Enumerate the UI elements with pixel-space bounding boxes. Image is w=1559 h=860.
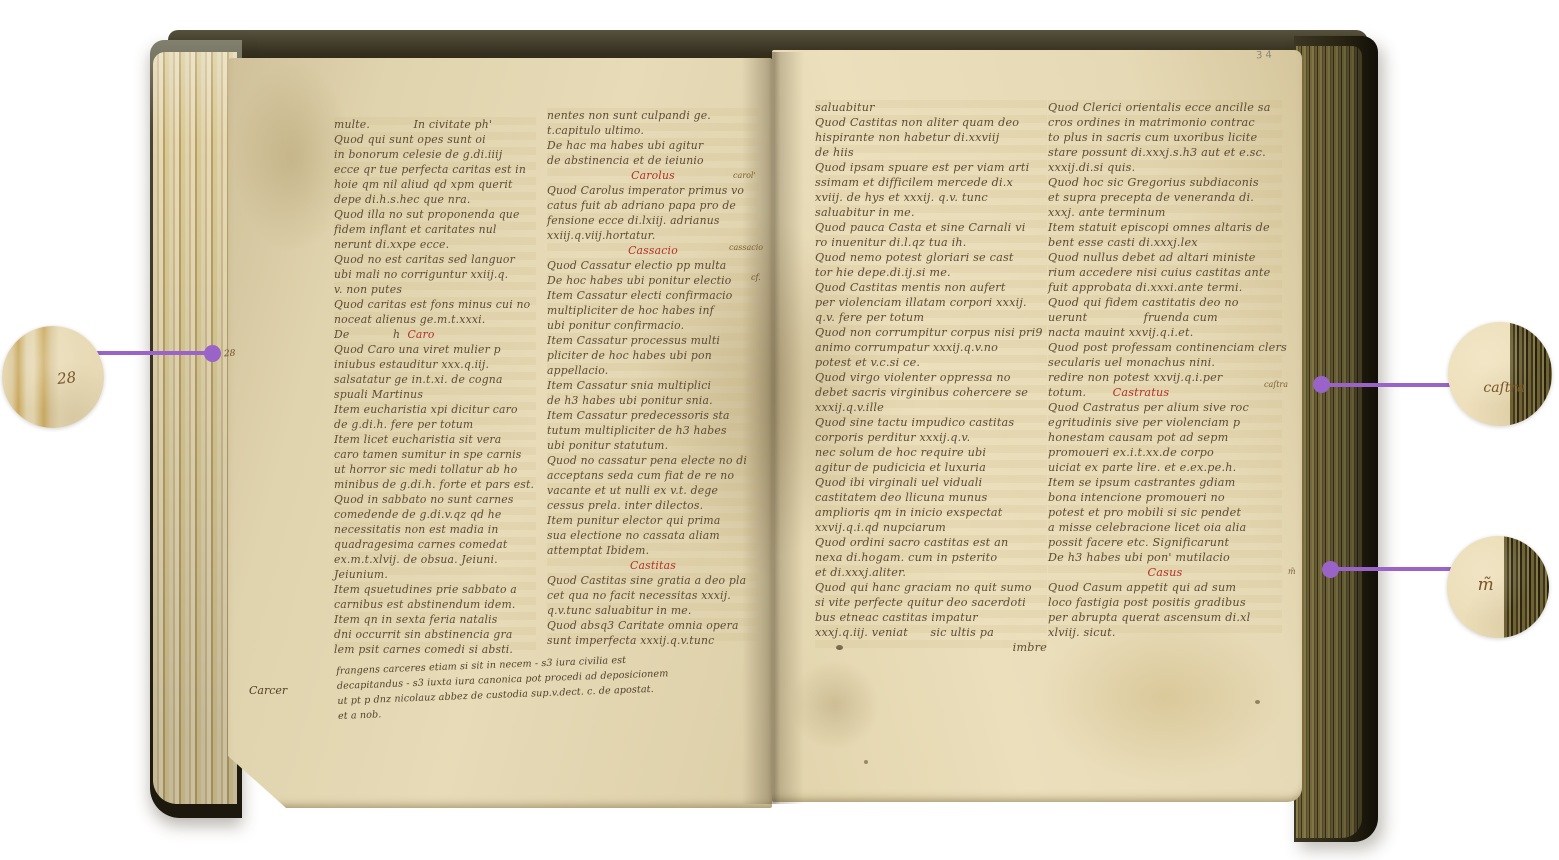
text-line: Quod Castitas sine gratia a deo pla (547, 573, 759, 588)
magnified-mark-label: caſtra (1483, 380, 1525, 396)
text-line: Quod post professam continenciam clers (1048, 340, 1282, 355)
text-line: tutum multipliciter de h3 habes (547, 423, 759, 438)
text-line: per violenciam illatam corpori xxxij. (815, 295, 1047, 310)
text-line: saluabitur in me. (815, 205, 1047, 220)
text-line: xlviij. sicut. (1048, 625, 1282, 640)
text-line: per abrupta querat ascensum di.xl (1048, 610, 1282, 625)
text-line: ecce qr tue perfecta caritas est in (334, 162, 536, 177)
text-line: imbre (815, 640, 1047, 655)
text-line: Jeiunium. (334, 567, 536, 582)
text-line: De h Caro (334, 327, 536, 342)
text-line: stare possunt di.xxxj.s.h3 aut et e.sc. (1048, 145, 1282, 160)
text-line: minibus de g.di.h. forte et pars est. (334, 477, 536, 492)
text-line: de abstinencia et de ieiunio (547, 153, 759, 168)
text-line: Quod qui hanc graciam no quit sumo (815, 580, 1047, 595)
text-line: Quod sine tactu impudico castitas (815, 415, 1047, 430)
text-line: xxxj. ante terminum (1048, 205, 1282, 220)
text-line: Item statuit episcopi omnes altaris de (1048, 220, 1282, 235)
left-page-column-1: multe. In civitate ph'Quod qui sunt opes… (334, 117, 536, 657)
annotation-dot-left[interactable] (204, 345, 221, 362)
rubric-heading: Caro (407, 328, 434, 341)
annotation-dot-right-top[interactable] (1313, 376, 1330, 393)
text-line: ut horror sic medi tollatur ab ho (334, 462, 536, 477)
text-line: Quod nullus debet ad altari ministe (1048, 250, 1282, 265)
text-line: appellacio. (547, 363, 759, 378)
text-line: nacta mauint xxvij.q.i.et. (1048, 325, 1282, 340)
text-line: agitur de pudicicia et luxuria (815, 460, 1047, 475)
right-page-column-1: saluabiturQuod Castitas non aliter quam … (815, 100, 1047, 655)
text-line: Quod absq3 Caritate omnia opera (547, 618, 759, 633)
text-line: tor hie depe.di.ij.si me. (815, 265, 1047, 280)
text-line: Quod Casum appetit qui ad sum (1048, 580, 1282, 595)
text-line: De hac ma habes ubi agitur (547, 138, 759, 153)
text-line: Quod no est caritas sed languor (334, 252, 536, 267)
text-line: xxxij.q.v.ille (815, 400, 1047, 415)
text-line: comedende de g.di.v.qz qd he (334, 507, 536, 522)
text-line: Item eucharistia xpi dicitur caro (334, 402, 536, 417)
text-line: vacante et ut nulli ex v.t. dege (547, 483, 759, 498)
text-line: Quod no cassatur pena electe no di (547, 453, 759, 468)
text-line: Quod Clerici orientalis ecce ancille sa (1048, 100, 1282, 115)
text-line: Quod qui sunt opes sunt oi (334, 132, 536, 147)
text-line: ubi ponitur statutum. (547, 438, 759, 453)
text-line: rium accedere nisi cuius castitas ante (1048, 265, 1282, 280)
text-line: Quod Cassatur electio pp multa (547, 258, 759, 273)
magnified-mark-label: m̃ (1478, 575, 1494, 595)
ink-speck (864, 760, 868, 764)
manuscript-photo: multe. In civitate ph'Quod qui sunt opes… (0, 0, 1559, 860)
text-line: carnibus est abstinendum idem. (334, 597, 536, 612)
text-line: promoueri ex.i.t.xx.de corpo (1048, 445, 1282, 460)
text-line: de g.di.h. fere per totum (334, 417, 536, 432)
text-line: q.v. fere per totum (815, 310, 1047, 325)
left-page-column-2: nentes non sunt culpandi ge.t.capitulo u… (547, 108, 759, 648)
text-line: nexa di.hogam. cum in psterito (815, 550, 1047, 565)
folio-number: 34 (1256, 50, 1275, 62)
text-line: amplioris qm in inicio exspectat (815, 505, 1047, 520)
text-line: loco fastigia post positis gradibus (1048, 595, 1282, 610)
text-line: salsatatur ge in.t.xi. de cogna (334, 372, 536, 387)
text-line: Item qsuetudines prie sabbato a (334, 582, 536, 597)
magnifier-callout-right-top[interactable]: caſtra (1448, 322, 1552, 426)
text-line: Quod ibi virginali uel viduali (815, 475, 1047, 490)
text-line: corporis perditur xxxij.q.v. (815, 430, 1047, 445)
text-line: Item punitur elector qui prima (547, 513, 759, 528)
text-line: sua electione no cassata aliam (547, 528, 759, 543)
text-line: depe di.h.s.hec que nra. (334, 192, 536, 207)
text-line: Quod caritas est fons minus cui no (334, 297, 536, 312)
text-line: acceptans seda cum fiat de re no (547, 468, 759, 483)
text-line: ex.m.t.xlvij. de obsua. Jeiuni. (334, 552, 536, 567)
text-line: t.capitulo ultimo. (547, 123, 759, 138)
text-line: Item Cassatur predecessoris sta (547, 408, 759, 423)
text-line: cet qua no facit necessitas xxxij. (547, 588, 759, 603)
text-line: Cassacio (547, 243, 759, 258)
rubric-heading: Castitas (630, 559, 676, 572)
text-line: possit facere etc. Significarunt (1048, 535, 1282, 550)
text-line: potest et v.c.si ce. (815, 355, 1047, 370)
text-line: fensione ecce di.lxiij. adrianus (547, 213, 759, 228)
text-line: Item Cassatur electi confirmacio (547, 288, 759, 303)
text-line: Quod nemo potest gloriari se cast (815, 250, 1047, 265)
text-line: uerunt fruenda cum (1048, 310, 1282, 325)
text-line: cessus prela. inter dilectos. (547, 498, 759, 513)
rubric-heading: Casus (1148, 566, 1183, 579)
right-page-column-2: Quod Clerici orientalis ecce ancille sac… (1048, 100, 1282, 640)
text-line: pliciter de hoc habes ubi pon (547, 348, 759, 363)
text-line: xxxij.di.si quis. (1048, 160, 1282, 175)
text-line: De hoc habes ubi ponitur electio (547, 273, 759, 288)
text-line: a misse celebracione licet oia alia (1048, 520, 1282, 535)
text-line: noceat alienus ge.m.t.xxxi. (334, 312, 536, 327)
text-line: xxiij.q.viij.hortatur. (547, 228, 759, 243)
text-line: cros ordines in matrimonio contrac (1048, 115, 1282, 130)
text-line: Quod illa no sut proponenda que (334, 207, 536, 222)
text-line: uiciat ex parte lire. et e.ex.pe.h. (1048, 460, 1282, 475)
text-line: bona intencione promoueri no (1048, 490, 1282, 505)
left-edge-mark: 28 (224, 349, 236, 360)
text-line: xxxj.q.iij. veniat sic ultis pa (815, 625, 1047, 640)
text-span: totum. (1048, 386, 1113, 399)
text-line: Item Cassatur processus multi (547, 333, 759, 348)
text-line: Quod Caro una viret mulier p (334, 342, 536, 357)
text-line: Quod Carolus imperator primus vo (547, 183, 759, 198)
text-line: fuit approbata di.xxxi.ante termi. (1048, 280, 1282, 295)
text-line: spuali Martinus (334, 387, 536, 402)
text-line: xviij. de hys et xxxij. q.v. tunc (815, 190, 1047, 205)
text-line: Quod ipsam spuare est per viam arti (815, 160, 1047, 175)
text-line: necessitatis non est madia in (334, 522, 536, 537)
text-line: bent esse casti di.xxxj.lex (1048, 235, 1282, 250)
text-line: Quod hoc sic Gregorius subdiaconis (1048, 175, 1282, 190)
rubric-heading: Castratus (1113, 386, 1170, 399)
text-line: Casus (1048, 565, 1282, 580)
text-line: lem psit carnes comedi si absti. (334, 642, 536, 657)
text-line: multe. In civitate ph' (334, 117, 536, 132)
text-line: Quod virgo violenter oppressa no (815, 370, 1047, 385)
text-line: castitatem deo llicuna munus (815, 490, 1047, 505)
page-edges-left-stack (153, 52, 237, 804)
text-line: caro tamen sumitur in spe carnis (334, 447, 536, 462)
text-line: nentes non sunt culpandi ge. (547, 108, 759, 123)
text-span: De h (334, 328, 407, 341)
text-line: sunt imperfecta xxxij.q.v.tunc (547, 633, 759, 648)
magnifier-callout-left[interactable]: 28 (2, 326, 104, 428)
text-line: honestam causam pot ad sepm (1048, 430, 1282, 445)
annotation-dot-right-bottom[interactable] (1322, 561, 1339, 578)
text-line: hispirante non habetur di.xxviij (815, 130, 1047, 145)
text-line: catus fuit ab adriano papa pro de (547, 198, 759, 213)
text-line: iniubus estauditur xxx.q.iij. (334, 357, 536, 372)
text-line: Quod Castratus per alium sive roc (1048, 400, 1282, 415)
text-line: Carolus (547, 168, 759, 183)
text-line: hoie qm nil aliud qd xpm querit (334, 177, 536, 192)
text-line: xxvij.q.i.qd nupciarum (815, 520, 1047, 535)
text-line: Item qn in sexta feria natalis (334, 612, 536, 627)
text-line: egritudinis sive per violenciam p (1048, 415, 1282, 430)
rubric-heading: Carolus (631, 169, 675, 182)
text-line: debet sacris virginibus cohercere se (815, 385, 1047, 400)
text-line: Item Cassatur snia multiplici (547, 378, 759, 393)
magnified-paper-texture (2, 326, 104, 428)
text-line: Quod pauca Casta et sine Carnali vi (815, 220, 1047, 235)
text-line: quadragesima carnes comedat (334, 537, 536, 552)
text-line: Quod qui fidem castitatis deo no (1048, 295, 1282, 310)
text-line: Castitas (547, 558, 759, 573)
text-line: bus etneac castitas impatur (815, 610, 1047, 625)
rubric-heading: Cassacio (628, 244, 678, 257)
gutter-note-cassacio: cassacio (729, 244, 763, 252)
fore-edge-note-m: m̃ (1288, 568, 1296, 576)
fore-edge-note-castra: caſtra (1264, 381, 1288, 389)
text-line: to plus in sacris cum uxoribus licite (1048, 130, 1282, 145)
margin-keyword-carcer: Carcer (249, 684, 287, 697)
text-line: saluabitur (815, 100, 1047, 115)
magnified-mark-label: 28 (56, 368, 77, 388)
ink-speck (1255, 700, 1260, 704)
text-line: de hiis (815, 145, 1047, 160)
text-line: multipliciter de hoc habes inf (547, 303, 759, 318)
text-line: nec solum de hoc require ubi (815, 445, 1047, 460)
text-span: imbre (1013, 641, 1047, 654)
text-line: et supra precepta de veneranda di. (1048, 190, 1282, 205)
text-line: ro inuenitur di.l.qz tua ih. (815, 235, 1047, 250)
text-line: potest et pro mobili si sic pendet (1048, 505, 1282, 520)
text-line: secularis uel monachus nini. (1048, 355, 1282, 370)
text-line: Quod Castitas mentis non aufert (815, 280, 1047, 295)
text-line: ubi mali no corriguntur xxiij.q. (334, 267, 536, 282)
magnifier-callout-right-bottom[interactable]: m̃ (1447, 536, 1549, 638)
gutter-note-cf: cf. (751, 274, 761, 282)
text-line: redire non potest xxvij.q.i.per (1048, 370, 1282, 385)
gutter-note-carol: carol' (733, 172, 756, 180)
text-line: dni occurrit sin abstinencia gra (334, 627, 536, 642)
page-edges-fore-edge-stack (1296, 46, 1362, 838)
text-line: v. non putes (334, 282, 536, 297)
text-line: et di.xxxj.aliter. (815, 565, 1047, 580)
text-line: fidem inflant et caritates nul (334, 222, 536, 237)
text-line: Item licet eucharistia sit vera (334, 432, 536, 447)
text-line: Quod Castitas non aliter quam deo (815, 115, 1047, 130)
text-line: nerunt di.xxpe ecce. (334, 237, 536, 252)
text-line: animo corrumpatur xxxij.q.v.no (815, 340, 1047, 355)
text-line: q.v.tunc saluabitur in me. (547, 603, 759, 618)
text-line: De h3 habes ubi pon' mutilacio (1048, 550, 1282, 565)
text-line: si vite perfecte quitur deo sacerdoti (815, 595, 1047, 610)
text-line: ssimam et difficilem mercede di.x (815, 175, 1047, 190)
text-line: ubi ponitur confirmacio. (547, 318, 759, 333)
magnified-paper-texture (1448, 322, 1552, 426)
text-line: Item se ipsum castrantes gdiam (1048, 475, 1282, 490)
text-line: Quod non corrumpitur corpus nisi pri9 (815, 325, 1047, 340)
text-line: attemptat Ibidem. (547, 543, 759, 558)
text-line: in bonorum celesie de g.di.iiij (334, 147, 536, 162)
text-line: totum. Castratus (1048, 385, 1282, 400)
text-line: Quod ordini sacro castitas est an (815, 535, 1047, 550)
text-line: de h3 habes ubi ponitur snia. (547, 393, 759, 408)
text-line: Quod in sabbato no sunt carnes (334, 492, 536, 507)
magnified-paper-texture (1447, 536, 1549, 638)
